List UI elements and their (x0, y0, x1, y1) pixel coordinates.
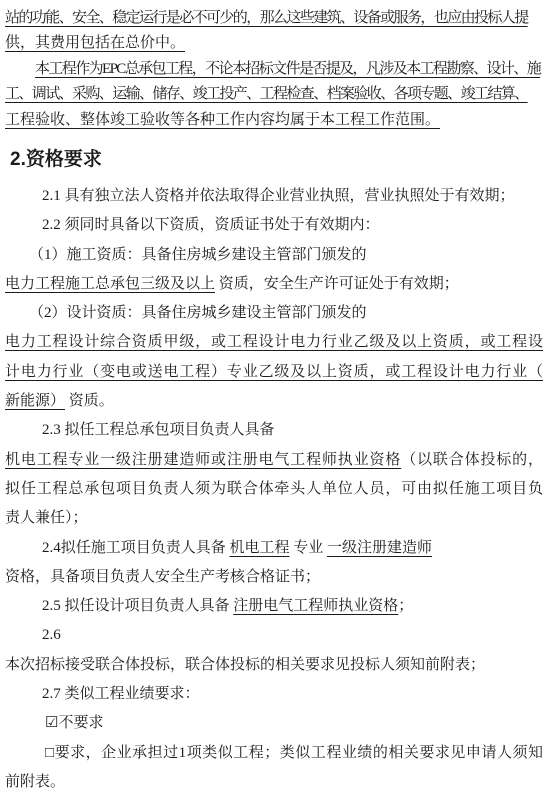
text-line: 电力工程施工总承包三级及以上 资质，安全生产许可证处于有效期； (5, 270, 543, 299)
underlined-text: 机电工程专业一级注册建造师或注册电气工程师执业资格 (5, 452, 401, 468)
text-segment: 不要求 (58, 715, 103, 731)
text-segment: 拟任工程总承包项目负责人须为联合体牵头人单位人员，可由拟任施工项目负 (5, 481, 543, 497)
text-line: 计电力行业（变电或送电工程）专业乙级及以上资质，或工程设计电力行业（ (5, 358, 543, 387)
text-line: （1）施工资质：具备住房城乡建设主管部门颁发的 (29, 241, 543, 270)
text-line: 站的功能、安全、稳定运行是必不可少的，那么这些建筑、设备或服务，也应由投标人提 (5, 6, 543, 31)
text-segment: 2.资格要求 (10, 149, 102, 170)
text-line: 2.2 须同时具备以下资质，资质证书处于有效期内： (42, 211, 543, 240)
text-segment: 专业 (290, 540, 328, 556)
text-line: 本次招标接受联合体投标，联合体投标的相关要求见投标人须知前附表； (5, 651, 543, 680)
text-segment: 资质，安全生产许可证处于有效期； (215, 276, 459, 292)
underlined-text: 电力工程施工总承包三级及以上 (5, 276, 215, 292)
checkbox-unchecked-icon: □ (45, 745, 55, 761)
text-segment: 资格，具备项目负责人安全生产考核合格证书； (5, 569, 320, 585)
text-line: 新能源） 资质。 (5, 387, 543, 416)
text-segment: 2.1 具有独立法人资格并依法取得企业营业执照，营业执照处于有效期； (42, 188, 515, 204)
text-segment: （1）施工资质：具备住房城乡建设主管部门颁发的 (29, 247, 367, 263)
text-segment: 本次招标接受联合体投标，联合体投标的相关要求见投标人须知前附表； (5, 657, 485, 673)
text-segment: 2.2 须同时具备以下资质，资质证书处于有效期内： (42, 217, 380, 233)
section-heading: 2.资格要求 (10, 147, 553, 173)
text-segment: 2.5 拟任设计项目负责人具备 (42, 598, 233, 614)
text-line: （2）设计资质：具备住房城乡建设主管部门颁发的 (29, 299, 543, 328)
underlined-text: 注册电气工程师执业资格 (233, 598, 398, 614)
text-line: 本工程作为EPC总承包工程，不论本招标文件是否提及，凡涉及本工程勘察、设计、施 (35, 57, 543, 82)
text-line: 前附表。 (5, 768, 543, 797)
text-segment: 要求，企业承担过1项类似工程；类似工程业绩的相关要求见申请人须知 (55, 745, 543, 761)
text-line: 2.4拟任施工项目负责人具备 机电工程 专业 一级注册建造师 (42, 534, 543, 563)
underlined-text: 供，其费用包括在总价中。 (5, 35, 185, 51)
text-line: 2.6 (42, 621, 543, 650)
text-segment: 2.4拟任施工项目负责人具备 (42, 540, 230, 556)
underlined-text: 电力工程设计综合资质甲级，或工程设计电力行业乙级及以上资质，或工程设 (5, 334, 543, 350)
text-segment: 2.6 (42, 627, 61, 643)
checkbox-checked-icon: ☑ (45, 715, 58, 731)
underlined-text: 站的功能、安全、稳定运行是必不可少的，那么这些建筑、设备或服务，也应由投标人提 (5, 10, 528, 26)
text-line: 工、调试、采购、运输、储存、竣工投产、工程检查、档案验收、各项专题、竣工结算、 (5, 82, 543, 107)
text-line: 拟任工程总承包项目负责人须为联合体牵头人单位人员，可由拟任施工项目负 (5, 475, 543, 504)
text-segment: 2.3 拟任工程总承包项目负责人具备 (42, 422, 275, 438)
underlined-text: 工、调试、采购、运输、储存、竣工投产、工程检查、档案验收、各项专题、竣工结算、 (5, 86, 528, 102)
underlined-text: 机电工程 (230, 540, 290, 556)
underlined-text: 计电力行业（变电或送电工程）专业乙级及以上资质，或工程设计电力行业（ (5, 364, 543, 380)
underlined-text: 一级注册建造师 (327, 540, 432, 556)
text-segment: 资质。 (65, 393, 114, 409)
document-page: 站的功能、安全、稳定运行是必不可少的，那么这些建筑、设备或服务，也应由投标人提供… (0, 0, 553, 802)
text-line: 资格，具备项目负责人安全生产考核合格证书； (5, 563, 543, 592)
text-segment: （以联合体投标的， (401, 452, 543, 468)
text-segment: ； (398, 598, 413, 614)
underlined-text: 工程验收、整体竣工验收等各种工作内容均属于本工程工作范围。 (5, 112, 440, 128)
text-line: 工程验收、整体竣工验收等各种工作内容均属于本工程工作范围。 (5, 108, 543, 133)
text-line: 2.3 拟任工程总承包项目负责人具备 (42, 416, 543, 445)
text-line: 2.1 具有独立法人资格并依法取得企业营业执照，营业执照处于有效期； (42, 182, 543, 211)
text-line: □要求，企业承担过1项类似工程；类似工程业绩的相关要求见申请人须知 (45, 739, 543, 768)
text-segment: 2.7 类似工程业绩要求： (42, 686, 200, 702)
underlined-text: 新能源） (5, 393, 65, 409)
underlined-text: 本工程作为EPC总承包工程，不论本招标文件是否提及，凡涉及本工程勘察、设计、施 (35, 61, 540, 77)
text-segment: 责人兼任）； (5, 510, 88, 526)
text-line: 2.7 类似工程业绩要求： (42, 680, 543, 709)
text-line: 机电工程专业一级注册建造师或注册电气工程师执业资格（以联合体投标的， (5, 446, 543, 475)
text-segment: 前附表。 (5, 774, 65, 790)
text-line: 电力工程设计综合资质甲级，或工程设计电力行业乙级及以上资质，或工程设 (5, 328, 543, 357)
text-line: 供，其费用包括在总价中。 (5, 31, 543, 56)
text-segment: （2）设计资质：具备住房城乡建设主管部门颁发的 (29, 305, 367, 321)
text-line: ☑不要求 (45, 709, 543, 738)
text-line: 2.5 拟任设计项目负责人具备 注册电气工程师执业资格； (42, 592, 543, 621)
text-line: 责人兼任）； (5, 504, 543, 533)
